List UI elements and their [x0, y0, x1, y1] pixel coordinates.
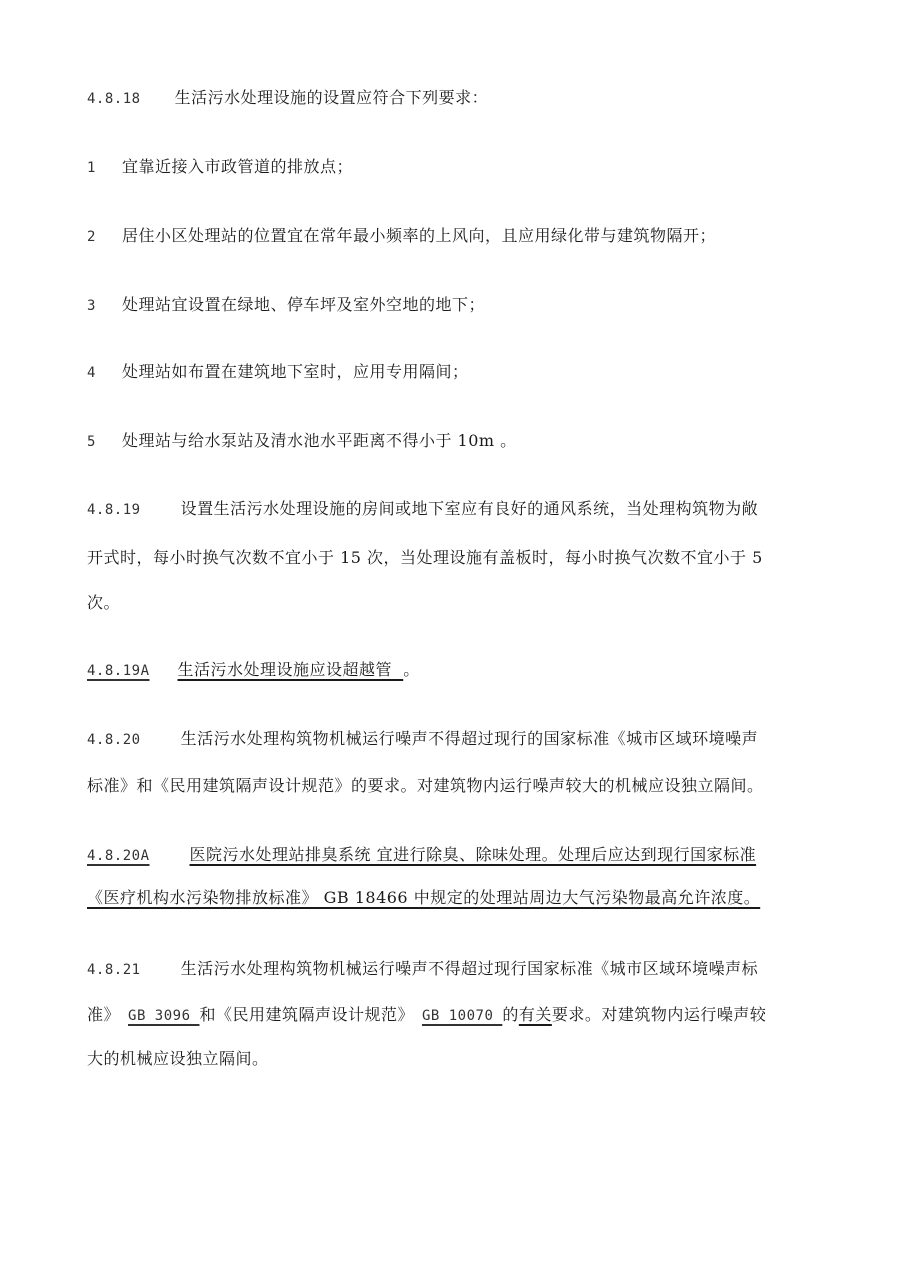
clause-number: 4.8.19A	[87, 663, 150, 679]
list-item: 4处理站如布置在建筑地下室时，应用专用隔间；	[87, 362, 468, 383]
standard-ref-gb3096: GB 3096	[128, 1008, 199, 1024]
clause-4-8-20a-line-1: 4.8.20A医院污水处理站排臭系统 宜进行除臭、除味处理。处理后应达到现行国家…	[87, 845, 756, 866]
list-item: 2居住小区处理站的位置宜在常年最小频率的上风向，且应用绿化带与建筑物隔开；	[87, 226, 716, 247]
item-number: 5	[87, 434, 96, 450]
clause-number: 4.8.18	[87, 91, 141, 107]
item-number: 4	[87, 365, 96, 381]
item-text: 处理站与给水泵站及清水池水平距离不得小于 10m 。	[122, 431, 517, 450]
clause-4-8-21-line-3: 大的机械应设独立隔间。	[87, 1049, 269, 1069]
item-number: 1	[87, 160, 96, 176]
clause-4-8-21-line-2: 准》GB 3096 和《民用建筑隔声设计规范》GB 10070 的有关要求。对建…	[87, 1005, 766, 1026]
clause-text: 设置生活污水处理设施的房间或地下室应有良好的通风系统，当处理构筑物为敞	[181, 499, 759, 518]
clause-number: 4.8.20A	[87, 848, 150, 864]
clause-4-8-20a-line-2: 《医疗机构水污染物排放标准》 GB 18466 中规定的处理站周边大气污染物最高…	[87, 888, 760, 908]
list-item: 3处理站宜设置在绿地、停车坪及室外空地的地下；	[87, 295, 485, 316]
clause-text: 和《民用建筑隔声设计规范》	[199, 1005, 414, 1024]
item-text: 宜靠近接入市政管道的排放点；	[122, 157, 353, 176]
item-text: 居住小区处理站的位置宜在常年最小频率的上风向，且应用绿化带与建筑物隔开；	[122, 226, 716, 245]
clause-text: 的	[502, 1005, 519, 1024]
clause-text-underlined: 有关	[519, 1005, 552, 1024]
clause-text: 次。	[87, 593, 120, 612]
clause-4-8-20-line-1: 4.8.20生活污水处理构筑物机械运行噪声不得超过现行的国家标准《城市区域环境噪…	[87, 729, 758, 750]
clause-number: 4.8.21	[87, 962, 141, 978]
clause-text: 标准》和《民用建筑隔声设计规范》的要求。对建筑物内运行噪声较大的机械应设独立隔间…	[87, 776, 764, 795]
clause-tail: 。	[403, 660, 420, 679]
clause-4-8-20-line-2: 标准》和《民用建筑隔声设计规范》的要求。对建筑物内运行噪声较大的机械应设独立隔间…	[87, 776, 764, 796]
clause-text: 医院污水处理站排臭系统 宜进行除臭、除味处理。处理后应达到现行国家标准	[190, 845, 757, 864]
clause-text: 生活污水处理构筑物机械运行噪声不得超过现行的国家标准《城市区域环境噪声	[181, 729, 759, 748]
item-text: 处理站如布置在建筑地下室时，应用专用隔间；	[122, 362, 469, 381]
clause-text: 生活污水处理设施应设超越管	[178, 660, 393, 679]
clause-4-8-19-line-2: 开式时，每小时换气次数不宜小于 15 次，当处理设施有盖板时，每小时换气次数不宜…	[87, 548, 763, 568]
clause-4-8-19-line-1: 4.8.19设置生活污水处理设施的房间或地下室应有良好的通风系统，当处理构筑物为…	[87, 499, 758, 520]
clause-text: 《医疗机构水污染物排放标准》 GB 18466 中规定的处理站周边大气污染物最高…	[87, 888, 760, 907]
list-item: 5处理站与给水泵站及清水池水平距离不得小于 10m 。	[87, 431, 517, 452]
clause-text: 开式时，每小时换气次数不宜小于 15 次，当处理设施有盖板时，每小时换气次数不宜…	[87, 548, 763, 567]
list-item: 1宜靠近接入市政管道的排放点；	[87, 157, 353, 178]
clause-text: 生活污水处理构筑物机械运行噪声不得超过现行国家标准《城市区域环境噪声标	[181, 959, 759, 978]
clause-number: 4.8.19	[87, 502, 141, 518]
clause-4-8-19a: 4.8.19A生活污水处理设施应设超越管 。	[87, 660, 420, 681]
item-number: 3	[87, 298, 96, 314]
item-text: 处理站宜设置在绿地、停车坪及室外空地的地下；	[122, 295, 485, 314]
standard-ref-gb10070: GB 10070	[422, 1008, 502, 1024]
clause-text: 准》	[87, 1005, 120, 1024]
clause-text: 要求。对建筑物内运行噪声较	[552, 1005, 767, 1024]
clause-4-8-21-line-1: 4.8.21生活污水处理构筑物机械运行噪声不得超过现行国家标准《城市区域环境噪声…	[87, 959, 758, 980]
clause-text: 生活污水处理设施的设置应符合下列要求：	[175, 88, 489, 107]
clause-number: 4.8.20	[87, 732, 141, 748]
clause-text: 大的机械应设独立隔间。	[87, 1049, 269, 1068]
clause-4-8-19-line-3: 次。	[87, 593, 120, 613]
clause-4-8-18-heading: 4.8.18生活污水处理设施的设置应符合下列要求：	[87, 88, 488, 109]
document-page: 4.8.18生活污水处理设施的设置应符合下列要求： 1宜靠近接入市政管道的排放点…	[0, 0, 900, 1273]
item-number: 2	[87, 229, 96, 245]
